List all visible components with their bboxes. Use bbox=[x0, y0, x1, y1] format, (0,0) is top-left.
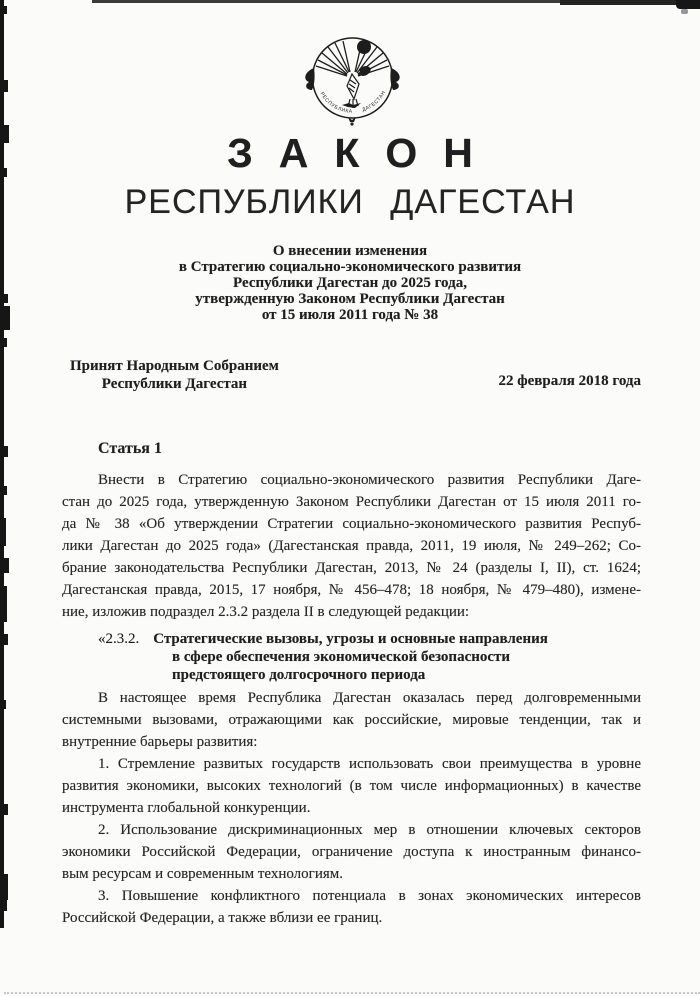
text-line: Дагестанская правда, 2015, 17 ноября, № … bbox=[62, 579, 641, 601]
adoption-line-2: Республики Дагестан bbox=[70, 375, 279, 393]
subsection-title-part-2: в сфере обеспечения экономической безопа… bbox=[62, 648, 641, 666]
text-line: от 15 июля 2011 года № 38 bbox=[0, 307, 700, 323]
text-line: 2. Использование дискриминационных мер в… bbox=[62, 819, 641, 841]
scanned-law-document: { "page": { "background": "#fbfbfa", "in… bbox=[0, 0, 700, 996]
eagle-wings-icon bbox=[316, 41, 389, 76]
text-line: инструмента глобальной конкуренции. bbox=[62, 797, 641, 819]
text-line: лики Дагестан до 2025 года» (Дагестанска… bbox=[62, 535, 641, 557]
republic-name: РЕСПУБЛИКИ ДАГЕСТАН bbox=[0, 183, 700, 222]
scan-artifact bbox=[0, 486, 7, 495]
svg-text:ДАГЕСТАН: ДАГЕСТАН bbox=[361, 90, 387, 114]
right-flourish-icon bbox=[390, 68, 399, 90]
text-line: Внести в Стратегию социально-экономическ… bbox=[62, 469, 641, 491]
text-line: Российской Федерации, а также вблизи ее … bbox=[62, 907, 641, 929]
emblem-arc-text-right: ДАГЕСТАН bbox=[361, 90, 387, 114]
text-line: ние, изложив подраздел 2.3.2 раздела II … bbox=[62, 601, 641, 623]
scan-artifact bbox=[0, 558, 9, 573]
text-line: системными вызовами, отражающими как рос… bbox=[62, 709, 641, 731]
paragraph-item-3: 3. Повышение конфликтного потенциала в з… bbox=[62, 885, 641, 929]
scan-artifact bbox=[0, 80, 8, 92]
scan-artifact bbox=[0, 338, 7, 347]
bottom-tassel-dot-icon bbox=[350, 122, 353, 125]
text-line: в Стратегию социально-экономического раз… bbox=[0, 259, 700, 275]
text-line: вым ресурсам и современным технологиям. bbox=[62, 863, 641, 885]
subsection-title-part-3: предстоящего долгосрочного периода bbox=[62, 666, 641, 684]
left-flourish-icon bbox=[305, 68, 314, 90]
adoption-block: Принят Народным Собранием Республики Даг… bbox=[70, 357, 279, 393]
scan-artifact bbox=[0, 634, 8, 645]
paragraph-intro: В настоящее время Республика Дагестан ок… bbox=[62, 687, 641, 753]
text-line: брание законодательства Республики Дагес… bbox=[62, 557, 641, 579]
adoption-date: 22 февраля 2018 года bbox=[499, 373, 642, 390]
text-line: внутренние барьеры развития: bbox=[62, 731, 641, 753]
scan-artifact-bottom-line bbox=[4, 992, 700, 994]
subsection-heading: «2.3.2.Стратегические вызовы, угрозы и о… bbox=[62, 630, 641, 684]
text-line: стан до 2025 года, утвержденную Законом … bbox=[62, 491, 641, 513]
scan-artifact bbox=[0, 586, 7, 622]
text-line: О внесении изменения bbox=[0, 243, 700, 259]
article-heading: Статья 1 bbox=[98, 438, 641, 460]
subsection-title-part-1: Стратегические вызовы, угрозы и основные… bbox=[153, 631, 548, 647]
svg-text:РЕСПУБЛИКА: РЕСПУБЛИКА bbox=[319, 91, 353, 115]
scan-artifact bbox=[0, 874, 8, 900]
paragraph-item-2: 2. Использование дискриминационных мер в… bbox=[62, 819, 641, 885]
paragraph-amendment: Внести в Стратегию социально-экономическ… bbox=[62, 469, 641, 623]
subsection-heading-line-1: «2.3.2.Стратегические вызовы, угрозы и о… bbox=[62, 630, 641, 648]
scan-artifact bbox=[0, 518, 6, 546]
dagestan-coat-of-arms-icon: РЕСПУБЛИКА ДАГЕСТАН bbox=[298, 32, 406, 126]
adoption-line-1: Принят Народным Собранием bbox=[70, 357, 279, 375]
eagle-body-icon bbox=[347, 74, 359, 108]
subsection-number: «2.3.2. bbox=[98, 631, 139, 647]
scan-artifact bbox=[0, 900, 7, 911]
scan-artifact-speck bbox=[681, 9, 688, 14]
scan-artifact-corner bbox=[676, 0, 700, 9]
law-word: ЗАКОН bbox=[0, 130, 700, 177]
text-line: развития экономики, высоких технологий (… bbox=[62, 775, 641, 797]
article-body: Статья 1 Внести в Стратегию социально-эк… bbox=[62, 438, 641, 929]
scan-artifact bbox=[0, 804, 8, 815]
scan-artifact bbox=[0, 6, 7, 14]
text-line: 1. Стремление развитых государств исполь… bbox=[62, 753, 641, 775]
document-title: О внесении измененияв Стратегию социальн… bbox=[0, 243, 700, 323]
paragraph-item-1: 1. Стремление развитых государств исполь… bbox=[62, 753, 641, 819]
emblem-arc-text-left: РЕСПУБЛИКА bbox=[319, 91, 353, 115]
text-line: В настоящее время Республика Дагестан ок… bbox=[62, 687, 641, 709]
scan-artifact bbox=[0, 446, 8, 457]
text-line: 3. Повышение конфликтного потенциала в з… bbox=[62, 885, 641, 907]
text-line: да № 38 «Об утверждении Стратегии социал… bbox=[62, 513, 641, 535]
scan-artifact bbox=[0, 700, 6, 709]
text-line: утвержденную Законом Республики Дагестан bbox=[0, 291, 700, 307]
text-line: экономики Российской Федерации, ограниче… bbox=[62, 841, 641, 863]
text-line: Республики Дагестан до 2025 года, bbox=[0, 275, 700, 291]
